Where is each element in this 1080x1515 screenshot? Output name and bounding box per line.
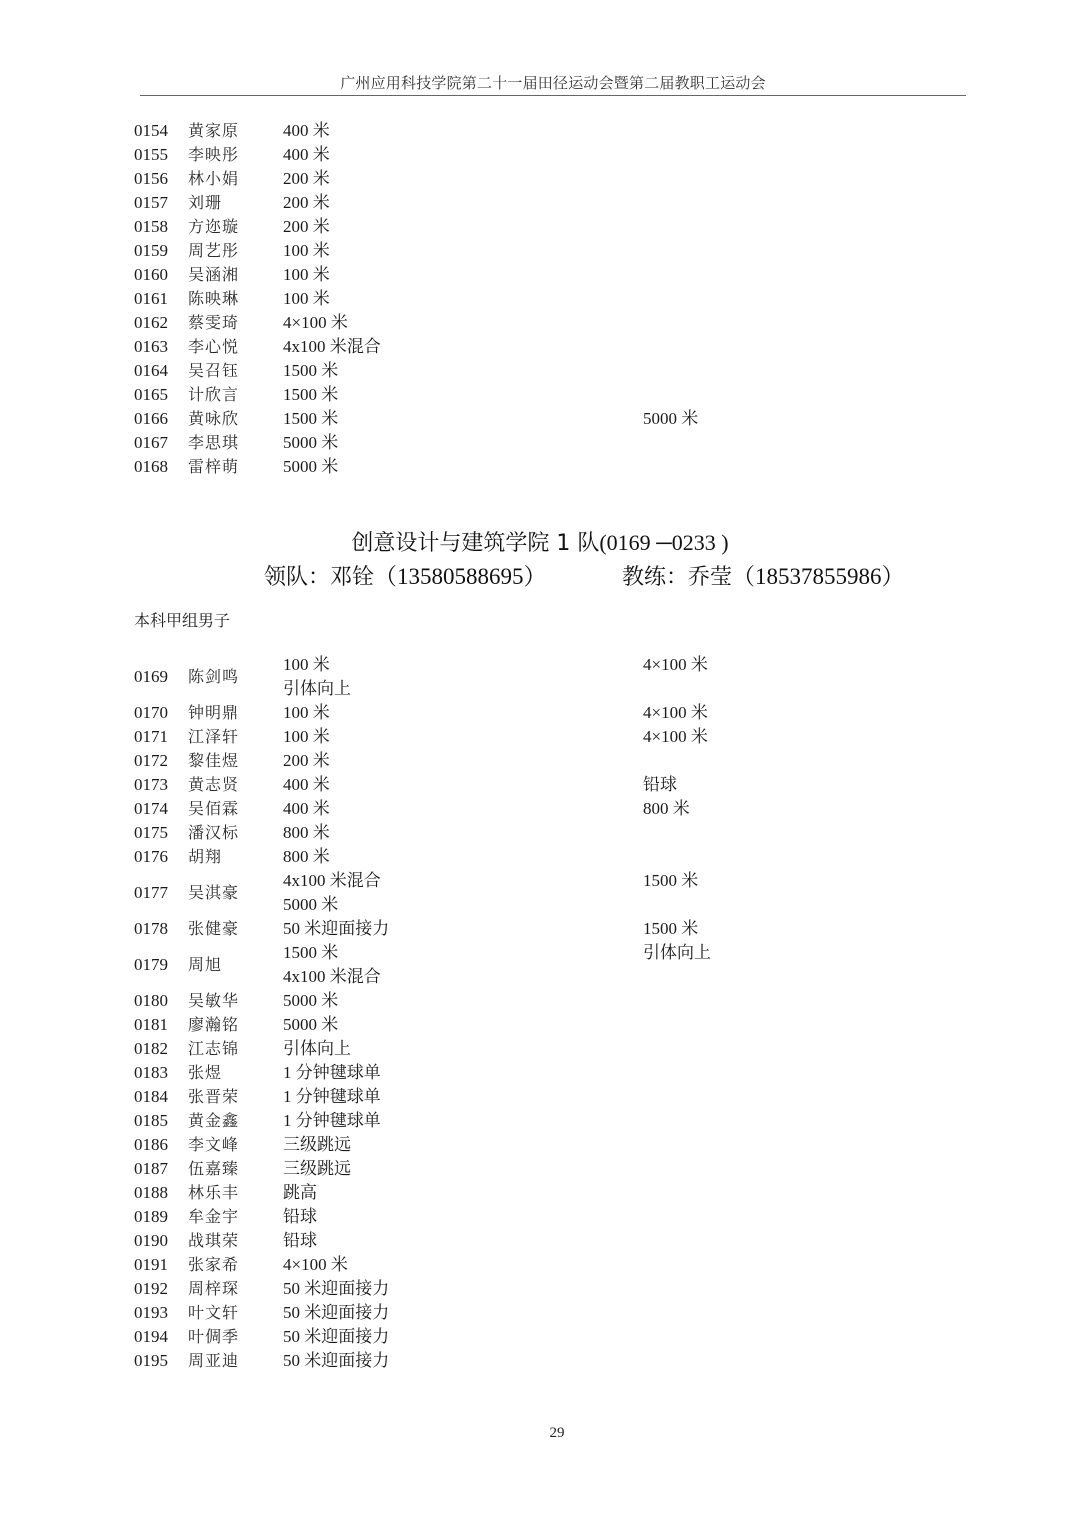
event-column-2: 1500 米 [643,869,698,893]
team-title: 创意设计与建筑学院 1 队(0169 ─0233 ) [0,526,1080,557]
table-row: 0160吴涵湘100 米 [0,263,1080,287]
event-entry: 4×100 米 [283,311,348,335]
athlete-number: 0175 [134,821,168,845]
table-row: 0169陈剑鸣100 米引体向上4×100 米 [0,653,1080,701]
event-entry: 铅球 [283,1205,317,1229]
athlete-number: 0194 [134,1325,168,1349]
athlete-name: 雷梓萌 [188,455,239,479]
event-column-1: 100 米引体向上 [283,653,351,701]
event-column-1: 400 米 [283,797,330,821]
athlete-name: 林乐丰 [188,1181,239,1205]
event-column-1: 1 分钟毽球单 [283,1061,381,1085]
athlete-name: 计欣言 [188,383,239,407]
athlete-number: 0157 [134,191,168,215]
event-column-1: 800 米 [283,821,330,845]
table-row: 0179周旭1500 米4x100 米混合引体向上 [0,941,1080,989]
event-entry: 400 米 [283,143,330,167]
athlete-number: 0192 [134,1277,168,1301]
table-row: 0183张煜1 分钟毽球单 [0,1061,1080,1085]
athlete-number: 0178 [134,917,168,941]
athlete-number: 0190 [134,1229,168,1253]
athlete-number: 0166 [134,407,168,431]
athlete-name: 周旭 [188,953,222,977]
event-entry: 5000 米 [283,893,381,917]
athlete-name: 张健豪 [188,917,239,941]
event-entry: 5000 米 [283,1013,338,1037]
coach-name: 乔莹 [688,565,732,590]
table-row: 0168雷梓萌5000 米 [0,455,1080,479]
event-column-1: 50 米迎面接力 [283,1277,389,1301]
event-entry: 4×100 米 [643,701,708,725]
event-column-1: 1500 米 [283,359,338,383]
table-row: 0195周亚迪50 米迎面接力 [0,1349,1080,1373]
athlete-number: 0171 [134,725,168,749]
event-column-1: 400 米 [283,143,330,167]
athlete-name: 黄家原 [188,119,239,143]
event-entry: 引体向上 [283,677,351,701]
event-column-1: 铅球 [283,1229,317,1253]
athlete-number: 0191 [134,1253,168,1277]
event-column-1: 4×100 米 [283,311,348,335]
event-column-2: 4×100 米 [643,725,708,749]
athlete-number: 0195 [134,1349,168,1373]
table-row: 0187伍嘉臻三级跳远 [0,1157,1080,1181]
group-label: 本科甲组男子 [134,608,230,631]
athlete-name: 陈剑鸣 [188,665,239,689]
table-row: 0186李文峰三级跳远 [0,1133,1080,1157]
page-header-title: 广州应用科技学院第二十一届田径运动会暨第二届教职工运动会 [140,72,966,93]
coach-block: 教练：乔莹（18537855986） [622,558,905,591]
athlete-name: 钟明鼎 [188,701,239,725]
table-row: 0157刘珊200 米 [0,191,1080,215]
event-column-1: 100 米 [283,725,330,749]
table-row: 0161陈映琳100 米 [0,287,1080,311]
event-column-1: 铅球 [283,1205,317,1229]
event-entry: 400 米 [283,773,330,797]
athlete-number: 0180 [134,989,168,1013]
event-entry: 1500 米 [643,917,698,941]
athlete-number: 0177 [134,881,168,905]
event-entry: 4×100 米 [283,1253,348,1277]
athlete-number: 0183 [134,1061,168,1085]
athlete-name: 周艺彤 [188,239,239,263]
athlete-number: 0168 [134,455,168,479]
event-entry: 200 米 [283,167,330,191]
header-divider [140,95,966,96]
athlete-number: 0172 [134,749,168,773]
athlete-name: 李文峰 [188,1133,239,1157]
athlete-number: 0182 [134,1037,168,1061]
event-entry: 50 米迎面接力 [283,1277,389,1301]
event-entry: 引体向上 [283,1037,351,1061]
athlete-name: 李心悦 [188,335,239,359]
event-column-1: 1 分钟毽球单 [283,1085,381,1109]
event-entry: 4x100 米混合 [283,869,381,893]
event-entry: 1500 米 [643,869,698,893]
event-entry: 5000 米 [283,431,338,455]
athlete-number: 0174 [134,797,168,821]
team-name: 创意设计与建筑学院 1 队 [351,531,599,556]
event-entry: 1 分钟毽球单 [283,1061,381,1085]
table-row: 0156林小娟200 米 [0,167,1080,191]
table-row: 0189牟金宇铅球 [0,1205,1080,1229]
event-entry: 4×100 米 [643,653,708,677]
athlete-name: 潘汉标 [188,821,239,845]
event-column-1: 跳高 [283,1181,317,1205]
athlete-number: 0162 [134,311,168,335]
table-row: 0192周梓琛50 米迎面接力 [0,1277,1080,1301]
leader-phone: （13580588695） [374,564,547,589]
event-entry: 1500 米 [283,359,338,383]
athlete-number: 0167 [134,431,168,455]
athlete-number: 0186 [134,1133,168,1157]
event-entry: 三级跳远 [283,1157,351,1181]
table-row: 0194叶倜季50 米迎面接力 [0,1325,1080,1349]
event-column-1: 200 米 [283,749,330,773]
athlete-name: 胡翔 [188,845,222,869]
event-column-1: 800 米 [283,845,330,869]
table-row: 0193叶文轩50 米迎面接力 [0,1301,1080,1325]
event-column-2: 1500 米 [643,917,698,941]
athlete-name: 吴佰霖 [188,797,239,821]
athlete-name: 张晋荣 [188,1085,239,1109]
event-entry: 200 米 [283,215,330,239]
page-number: 29 [0,1425,1080,1442]
event-entry: 400 米 [283,797,330,821]
table-row: 0176胡翔800 米 [0,845,1080,869]
table-row: 0158方迩璇200 米 [0,215,1080,239]
athlete-name: 廖瀚铭 [188,1013,239,1037]
table-row: 0172黎佳煜200 米 [0,749,1080,773]
event-column-1: 引体向上 [283,1037,351,1061]
athlete-name: 战琪荣 [188,1229,239,1253]
table-row: 0154黄家原400 米 [0,119,1080,143]
event-entry: 4x100 米混合 [283,335,381,359]
event-column-2: 5000 米 [643,407,698,431]
table-row: 0178张健豪50 米迎面接力1500 米 [0,917,1080,941]
athlete-name: 牟金宇 [188,1205,239,1229]
event-entry: 200 米 [283,749,330,773]
event-column-1: 4x100 米混合 [283,335,381,359]
event-column-1: 100 米 [283,701,330,725]
athlete-number: 0169 [134,665,168,689]
event-column-1: 1500 米4x100 米混合 [283,941,381,989]
table-row: 0177吴淇豪4x100 米混合5000 米1500 米 [0,869,1080,917]
event-entry: 5000 米 [283,989,338,1013]
event-column-1: 50 米迎面接力 [283,1301,389,1325]
athlete-name: 方迩璇 [188,215,239,239]
event-column-1: 100 米 [283,287,330,311]
event-entry: 三级跳远 [283,1133,351,1157]
table-row: 0166黄咏欣1500 米5000 米 [0,407,1080,431]
table-row: 0190战琪荣铅球 [0,1229,1080,1253]
event-entry: 引体向上 [643,941,711,965]
athlete-name: 周梓琛 [188,1277,239,1301]
athlete-name: 吴敏华 [188,989,239,1013]
athlete-name: 林小娟 [188,167,239,191]
event-column-1: 50 米迎面接力 [283,917,389,941]
table-row: 0191张家希4×100 米 [0,1253,1080,1277]
table-row: 0163李心悦4x100 米混合 [0,335,1080,359]
table-row: 0188林乐丰跳高 [0,1181,1080,1205]
table-row: 0181廖瀚铭5000 米 [0,1013,1080,1037]
athlete-name: 蔡雯琦 [188,311,239,335]
athlete-number: 0193 [134,1301,168,1325]
event-entry: 100 米 [283,239,330,263]
event-entry: 1500 米 [283,941,381,965]
event-column-1: 4x100 米混合5000 米 [283,869,381,917]
athlete-number: 0160 [134,263,168,287]
event-column-1: 200 米 [283,215,330,239]
coach-label: 教练： [622,565,688,590]
leader-label: 领队： [264,565,330,590]
table-row: 0155李映彤400 米 [0,143,1080,167]
event-column-1: 三级跳远 [283,1157,351,1181]
athlete-name: 陈映琳 [188,287,239,311]
event-entry: 800 米 [643,797,690,821]
table-row: 0173黄志贤400 米铅球 [0,773,1080,797]
athlete-number: 0161 [134,287,168,311]
athlete-name: 吴涵湘 [188,263,239,287]
athlete-name: 吴召钰 [188,359,239,383]
athlete-number: 0187 [134,1157,168,1181]
event-entry: 50 米迎面接力 [283,1301,389,1325]
athlete-name: 江志锦 [188,1037,239,1061]
event-column-1: 200 米 [283,167,330,191]
event-entry: 1 分钟毽球单 [283,1109,381,1133]
event-entry: 铅球 [283,1229,317,1253]
event-entry: 50 米迎面接力 [283,1349,389,1373]
table-row: 0175潘汉标800 米 [0,821,1080,845]
team-leadership-line: 领队：邓铨（13580588695） 教练：乔莹（18537855986） [264,558,547,591]
athlete-name: 吴淇豪 [188,881,239,905]
event-entry: 400 米 [283,119,330,143]
event-entry: 跳高 [283,1181,317,1205]
event-column-1: 三级跳远 [283,1133,351,1157]
table-row: 0167李思琪5000 米 [0,431,1080,455]
event-entry: 200 米 [283,191,330,215]
athlete-number: 0158 [134,215,168,239]
athlete-number: 0154 [134,119,168,143]
event-column-1: 5000 米 [283,989,338,1013]
event-column-2: 4×100 米 [643,701,708,725]
athlete-name: 黎佳煜 [188,749,239,773]
event-column-1: 5000 米 [283,431,338,455]
event-entry: 1500 米 [283,407,338,431]
event-entry: 800 米 [283,821,330,845]
athlete-number: 0185 [134,1109,168,1133]
event-column-1: 5000 米 [283,455,338,479]
event-entry: 4x100 米混合 [283,965,381,989]
event-column-1: 4×100 米 [283,1253,348,1277]
athlete-number: 0176 [134,845,168,869]
table-row: 0174吴佰霖400 米800 米 [0,797,1080,821]
event-entry: 800 米 [283,845,330,869]
event-entry: 4×100 米 [643,725,708,749]
leader-name: 邓铨 [330,565,374,590]
event-column-1: 1 分钟毽球单 [283,1109,381,1133]
athlete-number: 0179 [134,953,168,977]
coach-phone: （18537855986） [732,564,905,589]
event-entry: 100 米 [283,653,351,677]
athlete-number: 0184 [134,1085,168,1109]
athlete-number: 0165 [134,383,168,407]
event-column-1: 100 米 [283,239,330,263]
athlete-number: 0181 [134,1013,168,1037]
athlete-name: 黄志贤 [188,773,239,797]
event-entry: 100 米 [283,701,330,725]
athlete-name: 江泽轩 [188,725,239,749]
athlete-number: 0188 [134,1181,168,1205]
table-row: 0182江志锦引体向上 [0,1037,1080,1061]
event-entry: 5000 米 [283,455,338,479]
table-row: 0165计欣言1500 米 [0,383,1080,407]
event-entry: 1 分钟毽球单 [283,1085,381,1109]
athlete-name: 李思琪 [188,431,239,455]
event-column-1: 100 米 [283,263,330,287]
athlete-name: 刘珊 [188,191,222,215]
table-row: 0170钟明鼎100 米4×100 米 [0,701,1080,725]
athlete-name: 张家希 [188,1253,239,1277]
athlete-number: 0189 [134,1205,168,1229]
event-column-2: 800 米 [643,797,690,821]
event-column-2: 铅球 [643,773,677,797]
event-column-1: 400 米 [283,773,330,797]
table-row: 0185黄金鑫1 分钟毽球单 [0,1109,1080,1133]
athlete-name: 叶倜季 [188,1325,239,1349]
event-column-1: 1500 米 [283,383,338,407]
event-column-1: 50 米迎面接力 [283,1325,389,1349]
event-entry: 铅球 [643,773,677,797]
table-row: 0171江泽轩100 米4×100 米 [0,725,1080,749]
event-entry: 1500 米 [283,383,338,407]
event-column-1: 400 米 [283,119,330,143]
event-column-1: 50 米迎面接力 [283,1349,389,1373]
event-entry: 100 米 [283,263,330,287]
athlete-number: 0159 [134,239,168,263]
athlete-name: 李映彤 [188,143,239,167]
table-row: 0159周艺彤100 米 [0,239,1080,263]
athlete-name: 叶文轩 [188,1301,239,1325]
event-entry: 5000 米 [643,407,698,431]
team-number-range: (0169 ─0233 ) [599,530,728,555]
table-row: 0180吴敏华5000 米 [0,989,1080,1013]
table-row: 0164吴召钰1500 米 [0,359,1080,383]
event-entry: 50 米迎面接力 [283,917,389,941]
athlete-number: 0156 [134,167,168,191]
event-column-1: 5000 米 [283,1013,338,1037]
event-column-2: 4×100 米 [643,653,708,677]
athlete-number: 0170 [134,701,168,725]
athlete-number: 0163 [134,335,168,359]
athlete-name: 伍嘉臻 [188,1157,239,1181]
athlete-number: 0164 [134,359,168,383]
event-entry: 50 米迎面接力 [283,1325,389,1349]
event-column-1: 200 米 [283,191,330,215]
athlete-number: 0155 [134,143,168,167]
athlete-name: 周亚迪 [188,1349,239,1373]
event-column-1: 1500 米 [283,407,338,431]
table-row: 0162蔡雯琦4×100 米 [0,311,1080,335]
athlete-number: 0173 [134,773,168,797]
event-column-2: 引体向上 [643,941,711,965]
athlete-name: 黄咏欣 [188,407,239,431]
table-row: 0184张晋荣1 分钟毽球单 [0,1085,1080,1109]
athlete-name: 张煜 [188,1061,222,1085]
event-entry: 100 米 [283,287,330,311]
event-entry: 100 米 [283,725,330,749]
athlete-name: 黄金鑫 [188,1109,239,1133]
